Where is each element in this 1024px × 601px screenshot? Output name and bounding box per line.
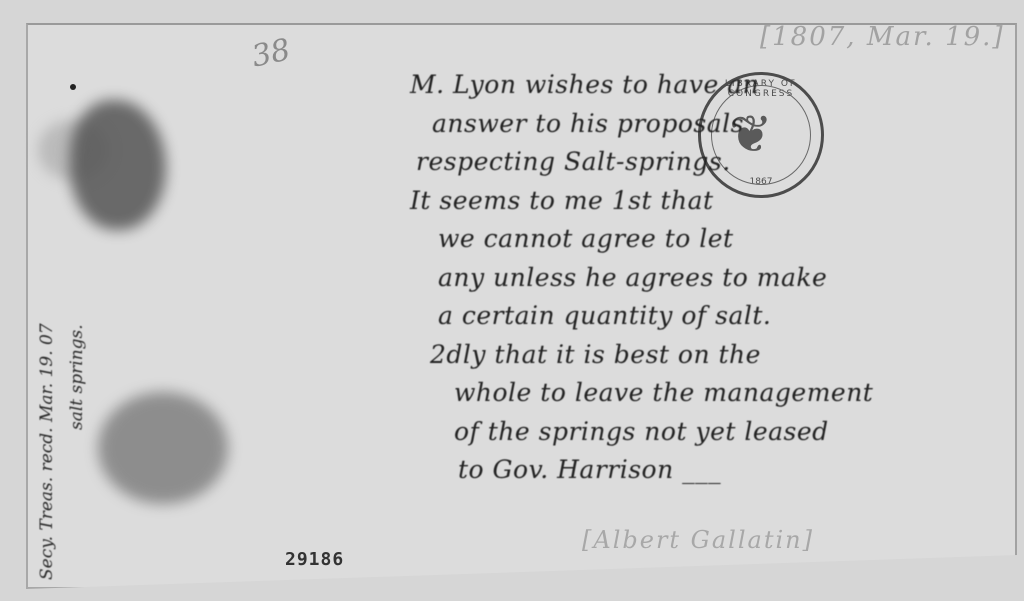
author-annotation: [Albert Gallatin] <box>582 526 814 554</box>
ink-smudge <box>70 100 166 230</box>
letter-body: M. Lyon wishes to have an answer to his … <box>410 66 880 490</box>
ink-smudge <box>98 392 228 504</box>
letter-line: whole to leave the management <box>410 374 880 413</box>
ink-dot <box>70 84 76 90</box>
letter-line: answer to his proposals <box>410 105 880 144</box>
catalog-number: 29186 <box>285 549 344 570</box>
letter-line: to Gov. Harrison ___ <box>410 451 880 490</box>
letter-line: M. Lyon wishes to have an <box>410 66 880 105</box>
letter-line: respecting Salt-springs. <box>410 143 880 182</box>
docket-note: Secy. Treas. recd. Mar. 19. 07 salt spri… <box>32 323 92 580</box>
letter-line: a certain quantity of salt. <box>410 297 880 336</box>
letter-line: we cannot agree to let <box>410 220 880 259</box>
docket-line-2: salt springs. <box>62 323 92 580</box>
docket-line-1: Secy. Treas. recd. Mar. 19. 07 <box>32 323 62 580</box>
letter-line: any unless he agrees to make <box>410 259 880 298</box>
letter-line: It seems to me 1st that <box>410 182 880 221</box>
letter-line: 2dly that it is best on the <box>410 336 880 375</box>
date-annotation: [1807, Mar. 19.] <box>760 22 1005 52</box>
letter-line: of the springs not yet leased <box>410 413 880 452</box>
